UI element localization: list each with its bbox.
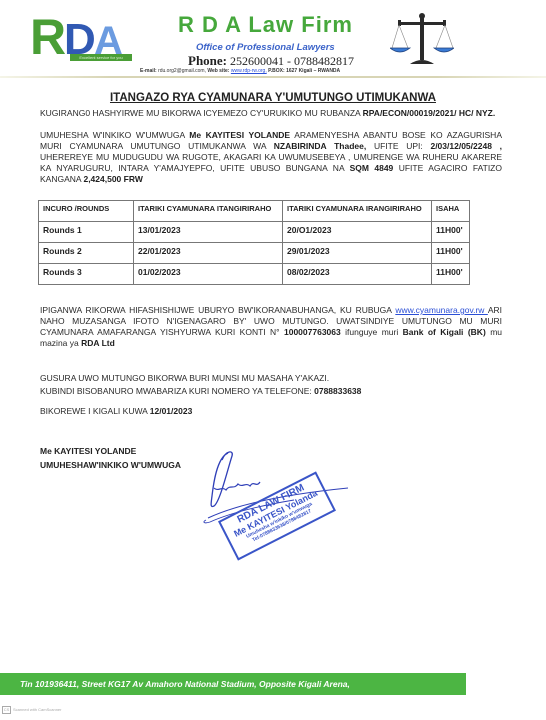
bank-name: Bank of Kigali (BK) (403, 327, 486, 337)
svg-text:R: R (30, 10, 66, 62)
footer-address: Tin 101936411, Street KG17 Av Amahoro Na… (20, 679, 350, 689)
scales-of-justice-icon (390, 12, 454, 68)
header-end-date: ITARIKI CYAMUNARA IRANGIRIRAHO (283, 201, 432, 222)
visit-line: GUSURA UWO MUTUNGO BIKORWA BURI MUNSI MU… (40, 373, 502, 384)
intro-paragraph: KUGIRANG0 HASHYIRWE MU BIKORWA ICYEMEZO … (40, 108, 502, 119)
document-title: ITANGAZO RYA CYAMUNARA Y'UMUTUNGO UTIMUK… (0, 92, 546, 104)
announcement-paragraph: UMUHESHA W'INKIKO W'UMWUGA Me KAYITESI Y… (40, 130, 502, 185)
rda-logo: R D A Excellent service for you (30, 10, 134, 62)
table-row: Rounds 1 13/01/2023 20/O1/2023 11H00' (39, 222, 470, 243)
body1-text-1: UMUHESHA W'INKIKO W'UMWUGA (40, 130, 189, 140)
cell-start-date: 22/01/2023 (134, 243, 283, 264)
bidding-paragraph: IPIGANWA RIKORWA HIFASHISHIJWE UBURYO BW… (40, 305, 502, 349)
area-value: SQM 4849 (350, 163, 394, 173)
cell-round: Rounds 2 (39, 243, 134, 264)
cell-start-date: 01/02/2023 (134, 264, 283, 285)
signatory-name: Me KAYITESI YOLANDE (40, 446, 136, 456)
table-header-row: INCURO /ROUNDS ITARIKI CYAMUNARA ITANGIR… (39, 201, 470, 222)
cell-round: Rounds 3 (39, 264, 134, 285)
contact-text: KUBINDI BISOBANURO MWABARIZA KURI NOMERO… (40, 386, 314, 396)
upi-value: 2/03/12/05/2248 , (430, 141, 502, 151)
body2-text-3: ifunguye muri (341, 327, 403, 337)
cell-end-date: 29/01/2023 (283, 243, 432, 264)
logo-tagline: Excellent service for you (70, 54, 132, 61)
reserve-value: 2,424,500 FRW (83, 174, 142, 184)
firm-name: R D A Law Firm (178, 12, 353, 38)
cell-end-date: 20/O1/2023 (283, 222, 432, 243)
scanner-watermark: CSScanned with CamScanner (2, 706, 61, 714)
account-holder: RDA Ltd (81, 338, 115, 348)
table-row: Rounds 3 01/02/2023 08/02/2023 11H00' (39, 264, 470, 285)
auction-rounds-table: INCURO /ROUNDS ITARIKI CYAMUNARA ITANGIR… (38, 200, 470, 285)
date-value: 12/01/2023 (150, 406, 193, 416)
intro-text: KUGIRANG0 HASHYIRWE MU BIKORWA ICYEMEZO … (40, 108, 363, 118)
firm-subtitle: Office of Professional Lawyers (196, 42, 335, 53)
body2-text-1: IPIGANWA RIKORWA HIFASHISHIJWE UBURYO BW… (40, 305, 395, 315)
email-value: rdu.org2@gmail.com, (158, 68, 206, 74)
account-number: 100007763063 (284, 327, 341, 337)
header-time: ISAHA (432, 201, 470, 222)
cell-start-date: 13/01/2023 (134, 222, 283, 243)
header-rounds: INCURO /ROUNDS (39, 201, 134, 222)
bailiff-name: Me KAYITESI YOLANDE (189, 130, 290, 140)
signatory-role: UMUHESHAW'INKIKO W'UMWUGA (40, 460, 181, 470)
firm-contact-line: E-mail: rdu.org2@gmail.com, Web site: ww… (140, 68, 340, 74)
date-line: BIKOREWE I KIGALI KUWA 12/01/2023 (40, 406, 502, 417)
header-divider (0, 76, 546, 78)
cell-round: Rounds 1 (39, 222, 134, 243)
owner-name: NZABIRINDA Thadee, (274, 141, 366, 151)
scanner-text: Scanned with CamScanner (13, 707, 61, 712)
contact-phone: 0788833638 (314, 386, 361, 396)
header-start-date: ITARIKI CYAMUNARA ITANGIRIRAHO (134, 201, 283, 222)
case-reference: RPA/ECON/00019/2021/ HC/ NYZ. (363, 108, 496, 118)
body1-text-3: UFITE UPI: (366, 141, 430, 151)
table-row: Rounds 2 22/01/2023 29/01/2023 11H00' (39, 243, 470, 264)
website-link[interactable]: www.rdp-rw.org, (231, 68, 267, 74)
cell-time: 11H00' (432, 264, 470, 285)
email-label: E-mail: (140, 68, 157, 74)
date-text: BIKOREWE I KIGALI KUWA (40, 406, 150, 416)
pobox: P.BOX: 1627 Kigali – RWANDA (268, 68, 340, 74)
phone-label: Phone: (188, 53, 227, 68)
cell-time: 11H00' (432, 222, 470, 243)
cell-time: 11H00' (432, 243, 470, 264)
contact-line: KUBINDI BISOBANURO MWABARIZA KURI NOMERO… (40, 386, 502, 397)
phone-value: 252600041 - 0788482817 (230, 54, 354, 68)
cyamunara-link[interactable]: www.cyamunara.gov.rw (395, 305, 488, 315)
firm-phone: Phone: 252600041 - 0788482817 (188, 53, 354, 69)
website-label: Web site: (207, 68, 229, 74)
camscanner-icon: CS (2, 706, 11, 714)
cell-end-date: 08/02/2023 (283, 264, 432, 285)
